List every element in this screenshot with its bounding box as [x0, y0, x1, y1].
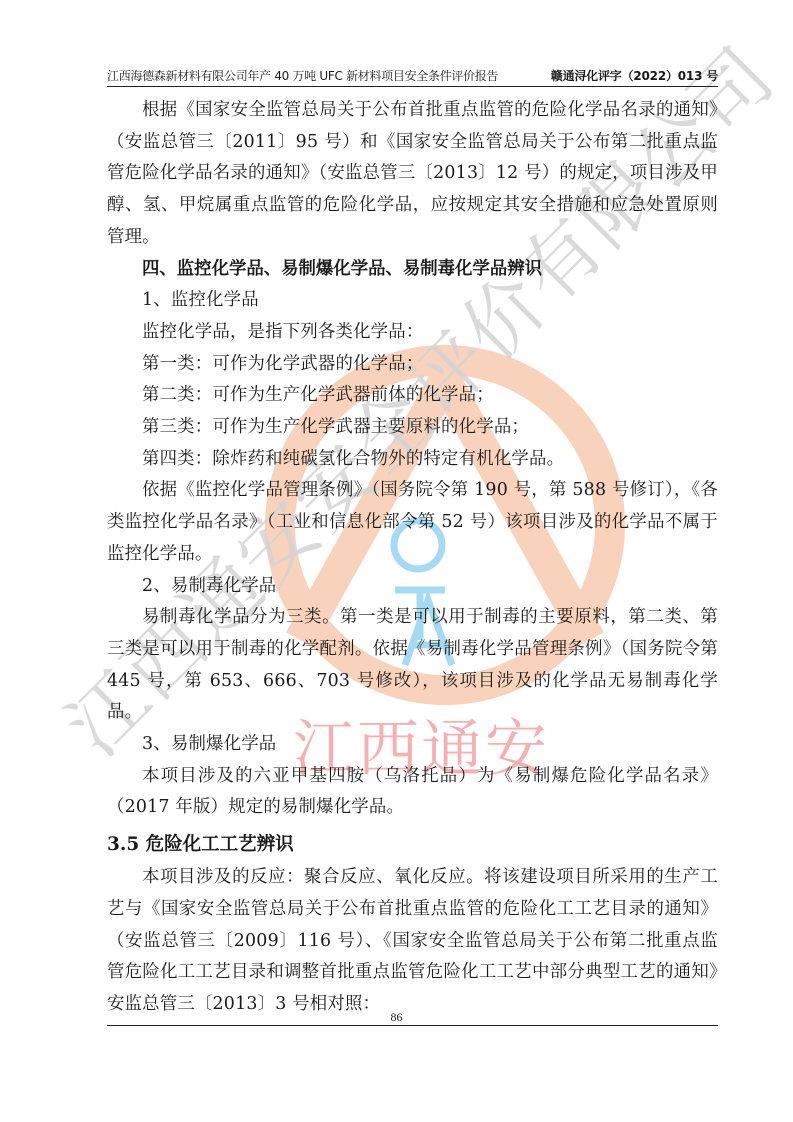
- page-number: 86: [0, 1010, 793, 1024]
- list-item: 第四类：除炸药和纯碳氢化合物外的特定有机化学品。: [107, 444, 718, 476]
- monitored-intro: 监控化学品，是指下列各类化学品：: [107, 317, 718, 349]
- subsection-title-explosive: 3、易制爆化学品: [107, 729, 718, 761]
- section-heading-3-5: 3.5 危险化工工艺辨识: [107, 828, 718, 862]
- paragraph-key-chemicals: 根据《国家安全监管总局关于公布首批重点监管的危险化学品名录的通知》（安监总管三〔…: [107, 95, 718, 254]
- explosive-text: 本项目涉及的六亚甲基四胺（乌洛托品）为《易制爆危险化学品名录》（2017 年版）…: [107, 761, 718, 824]
- section-heading-four: 四、监控化学品、易制爆化学品、易制毒化学品辨识: [107, 254, 718, 286]
- page-header: 江西海德森新材料有限公司年产 40 万吨 UFC 新材料项目安全条件评价报告 赣…: [107, 68, 718, 87]
- document-body: 根据《国家安全监管总局关于公布首批重点监管的危险化学品名录的通知》（安监总管三〔…: [107, 95, 718, 1021]
- subsection-title-monitored: 1、监控化学品: [107, 285, 718, 317]
- list-item: 第二类：可作为生产化学武器前体的化学品；: [107, 380, 718, 412]
- monitored-conclusion: 依据《监控化学品管理条例》（国务院令第 190 号，第 588 号修订），《各类…: [107, 475, 718, 570]
- list-item: 第三类：可作为生产化学武器主要原料的化学品；: [107, 412, 718, 444]
- list-item: 第一类：可作为化学武器的化学品；: [107, 349, 718, 381]
- footer-rule: [107, 1025, 718, 1026]
- header-report-title: 江西海德森新材料有限公司年产 40 万吨 UFC 新材料项目安全条件评价报告: [107, 68, 498, 84]
- subsection-title-precursor: 2、易制毒化学品: [107, 571, 718, 603]
- header-report-number: 赣通浔化评字（2022）013 号: [551, 68, 718, 84]
- document-page: 江西通安安全评价有限公司 江西通安 江西海德森新材料有限公司年产 40 万吨 U…: [0, 0, 793, 1122]
- precursor-text: 易制毒化学品分为三类。第一类是可以用于制毒的主要原料，第二类、第三类是可以用于制…: [107, 602, 718, 729]
- paragraph-hazardous-processes: 本项目涉及的反应：聚合反应、氧化反应。将该建设项目所采用的生产工艺与《国家安全监…: [107, 862, 718, 1021]
